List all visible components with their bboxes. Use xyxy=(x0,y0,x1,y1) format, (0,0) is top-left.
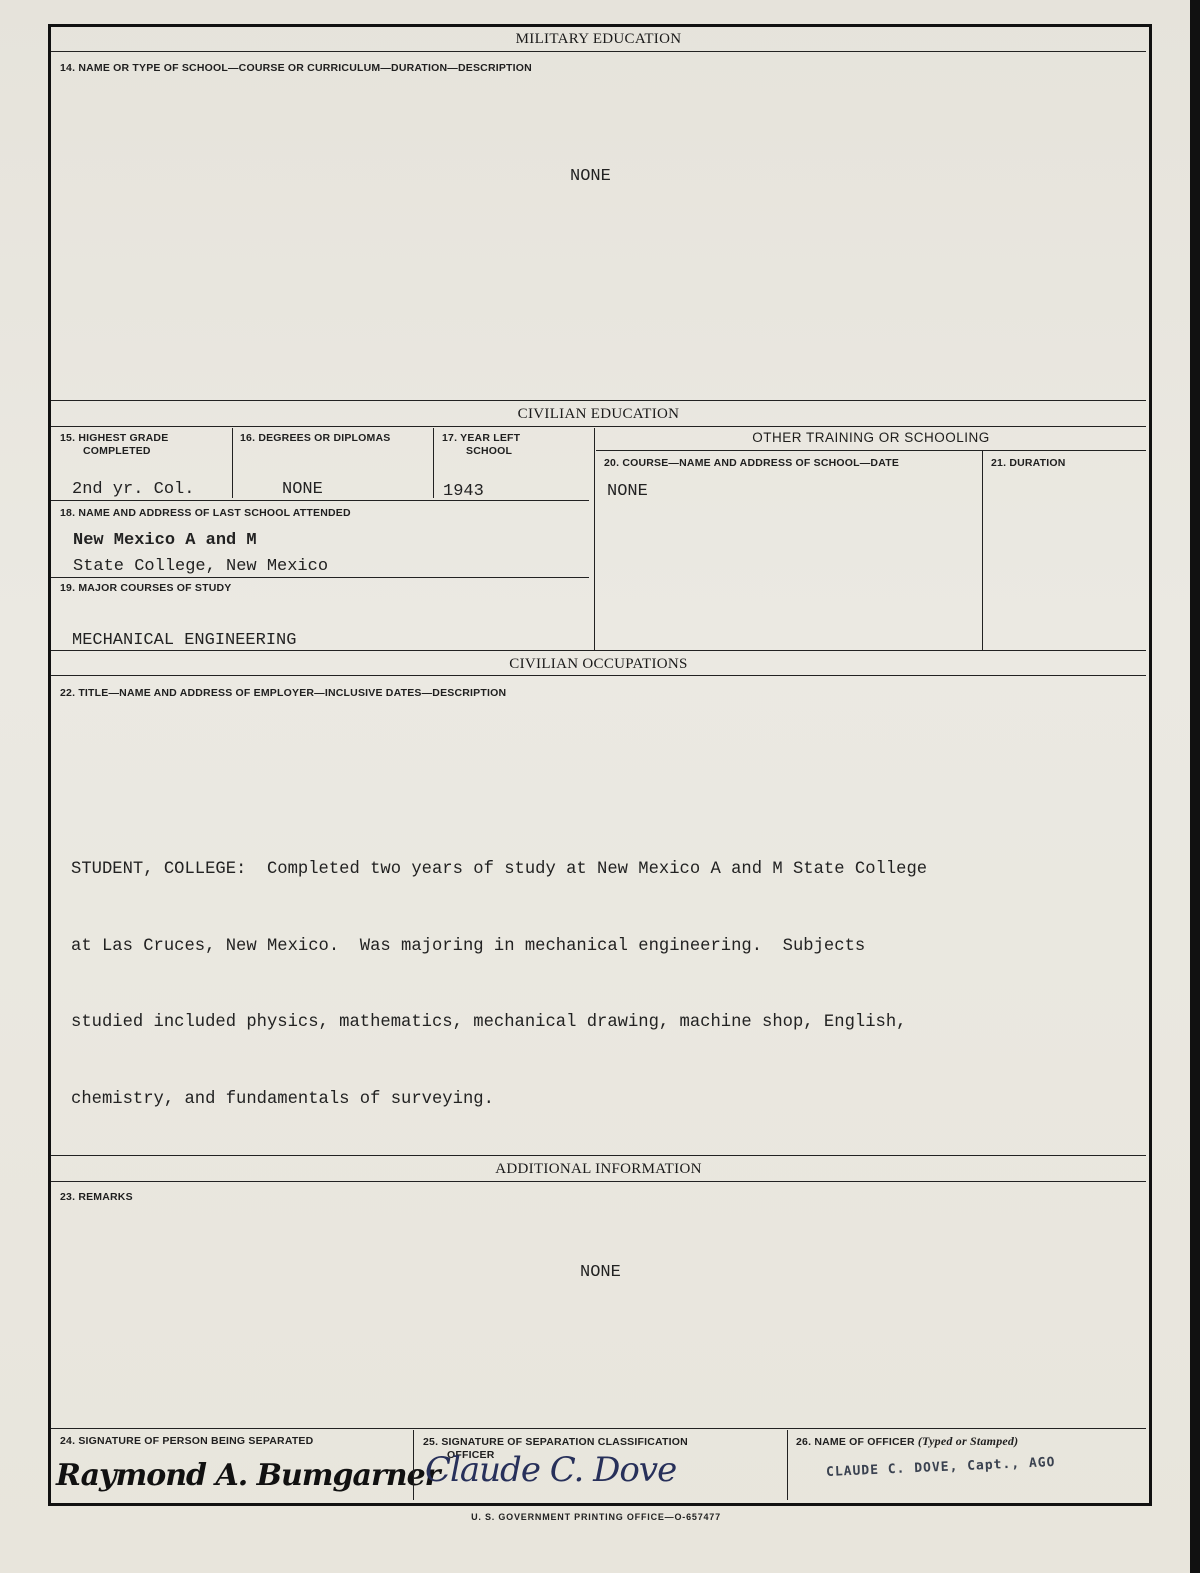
field-18-label: 18. NAME AND ADDRESS OF LAST SCHOOL ATTE… xyxy=(60,507,351,520)
description-line: chemistry, and fundamentals of surveying… xyxy=(71,1087,927,1113)
field-16-value: NONE xyxy=(282,477,323,502)
divider xyxy=(232,428,233,498)
field-14-label: 14. NAME OR TYPE OF SCHOOL—COURSE OR CUR… xyxy=(60,62,532,75)
divider xyxy=(51,51,1146,52)
divider xyxy=(51,400,1146,401)
description-line: at Las Cruces, New Mexico. Was majoring … xyxy=(71,934,927,960)
printing-office-footer: U. S. GOVERNMENT PRINTING OFFICE—O-65747… xyxy=(0,1512,1192,1522)
divider xyxy=(51,500,589,501)
divider xyxy=(51,1155,1146,1156)
field-26-label: 26. NAME OF OFFICER (Typed or Stamped) xyxy=(796,1435,1018,1449)
field-22-label: 22. TITLE—NAME AND ADDRESS OF EMPLOYER—I… xyxy=(60,687,506,700)
field-17-label-line1: 17. YEAR LEFT xyxy=(442,432,520,445)
divider xyxy=(982,451,983,650)
divider xyxy=(51,650,1146,651)
field-26-label-text: 26. NAME OF OFFICER xyxy=(796,1436,915,1448)
field-15-label-line1: 15. HIGHEST GRADE xyxy=(60,432,168,445)
section-title-civilian-education: CIVILIAN EDUCATION xyxy=(51,406,1146,423)
field-22-description: STUDENT, COLLEGE: Completed two years of… xyxy=(71,806,927,1138)
field-24-label: 24. SIGNATURE OF PERSON BEING SEPARATED xyxy=(60,1435,313,1448)
divider xyxy=(596,450,1146,451)
description-line: studied included physics, mathematics, m… xyxy=(71,1010,927,1036)
field-17-label-line2: SCHOOL xyxy=(442,445,520,458)
field-23-label: 23. REMARKS xyxy=(60,1191,133,1204)
divider xyxy=(433,428,434,498)
signature-person-separated: Raymond A. Bumgarner xyxy=(56,1458,439,1493)
field-15-value: 2nd yr. Col. xyxy=(72,477,194,502)
field-15-label-line2: COMPLETED xyxy=(60,445,168,458)
divider xyxy=(594,428,595,650)
divider xyxy=(51,675,1146,676)
divider xyxy=(51,1428,1146,1429)
field-20-value: NONE xyxy=(607,479,648,504)
divider xyxy=(787,1430,788,1500)
section-title-civilian-occupations: CIVILIAN OCCUPATIONS xyxy=(51,656,1146,673)
field-20-label: 20. COURSE—NAME AND ADDRESS OF SCHOOL—DA… xyxy=(604,457,899,470)
description-line: STUDENT, COLLEGE: Completed two years of… xyxy=(71,857,927,883)
field-19-label: 19. MAJOR COURSES OF STUDY xyxy=(60,582,231,595)
paper-edge-shadow xyxy=(1190,0,1200,1573)
field-17-label: 17. YEAR LEFT SCHOOL xyxy=(442,432,520,458)
field-26-label-italic: (Typed or Stamped) xyxy=(918,1434,1018,1448)
field-23-value: NONE xyxy=(580,1260,621,1285)
signature-classification-officer: Claude C. Dove xyxy=(425,1450,676,1490)
field-14-value: NONE xyxy=(570,164,611,189)
divider xyxy=(51,426,1146,427)
field-25-label-line1: 25. SIGNATURE OF SEPARATION CLASSIFICATI… xyxy=(423,1436,688,1449)
field-21-label: 21. DURATION xyxy=(991,457,1066,470)
divider xyxy=(51,577,589,578)
other-training-title: OTHER TRAINING OR SCHOOLING xyxy=(596,430,1146,445)
field-18-value-line1: New Mexico A and M xyxy=(73,528,257,553)
section-title-additional-information: ADDITIONAL INFORMATION xyxy=(51,1161,1146,1178)
field-18-value-line2: State College, New Mexico xyxy=(73,554,328,579)
field-16-label: 16. DEGREES OR DIPLOMAS xyxy=(240,432,390,445)
divider xyxy=(51,1181,1146,1182)
section-title-military-education: MILITARY EDUCATION xyxy=(51,31,1146,48)
field-15-label: 15. HIGHEST GRADE COMPLETED xyxy=(60,432,168,458)
divider xyxy=(413,1430,414,1500)
